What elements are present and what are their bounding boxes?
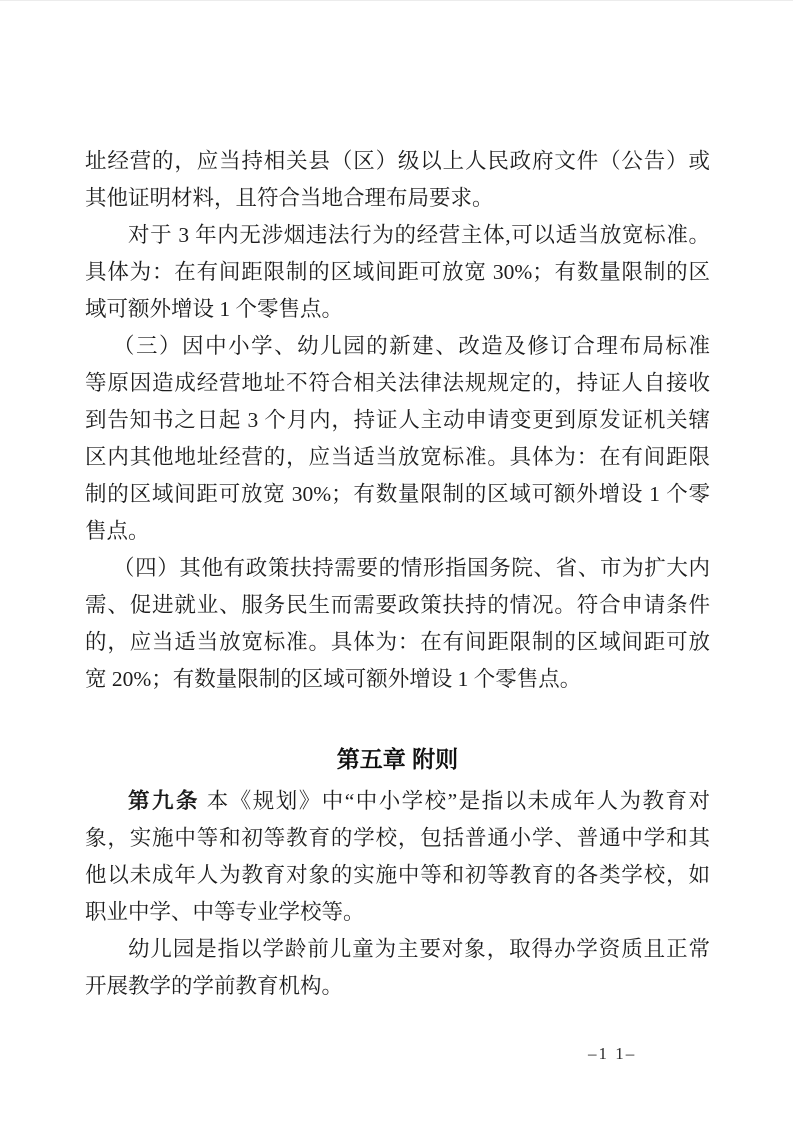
paragraph: 第九条 本《规划》中“中小学校”是指以未成年人为教育对象，实施中等和初等教育的学… bbox=[85, 783, 710, 931]
paragraph: （三）因中小学、幼儿园的新建、改造及修订合理布局标准等原因造成经营地址不符合相关… bbox=[85, 328, 710, 550]
text-line: 制的区域间距可放宽 30%；有数量限制的区域可额外增设 1 个零 bbox=[85, 476, 710, 513]
text-line: 的，应当适当放宽标准。具体为：在有间距限制的区域间距可放 bbox=[85, 624, 710, 661]
text-line: 开展教学的学前教育机构。 bbox=[85, 968, 710, 1005]
text-line: 象，实施中等和初等教育的学校，包括普通小学、普通中学和其 bbox=[85, 820, 710, 857]
chapter-heading: 第五章 附则 bbox=[85, 741, 710, 778]
text-line: 域可额外增设 1 个零售点。 bbox=[85, 291, 710, 328]
paragraph: 对于 3 年内无涉烟违法行为的经营主体,可以适当放宽标准。具体为：在有间距限制的… bbox=[85, 217, 710, 328]
text-line: 他以未成年人为教育对象的实施中等和初等教育的各类学校，如 bbox=[85, 857, 710, 894]
page-number: –1 1– bbox=[588, 1044, 636, 1064]
text-line: 其他证明材料，且符合当地合理布局要求。 bbox=[85, 180, 710, 217]
text-line: （四）其他有政策扶持需要的情形指国务院、省、市为扩大内 bbox=[85, 550, 710, 587]
text-line: 区内其他地址经营的，应当适当放宽标准。具体为：在有间距限 bbox=[85, 439, 710, 476]
paragraph: （四）其他有政策扶持需要的情形指国务院、省、市为扩大内需、促进就业、服务民生而需… bbox=[85, 550, 710, 698]
text-line: 第九条 本《规划》中“中小学校”是指以未成年人为教育对 bbox=[85, 783, 710, 820]
document-page: 址经营的，应当持相关县（区）级以上人民政府文件（公告）或其他证明材料，且符合当地… bbox=[0, 0, 793, 1123]
text-line: 到告知书之日起 3 个月内，持证人主动申请变更到原发证机关辖 bbox=[85, 402, 710, 439]
paragraph: 幼儿园是指以学龄前儿童为主要对象，取得办学资质且正常开展教学的学前教育机构。 bbox=[85, 931, 710, 1005]
document-body: 址经营的，应当持相关县（区）级以上人民政府文件（公告）或其他证明材料，且符合当地… bbox=[85, 143, 710, 1005]
text-line: 宽 20%；有数量限制的区域可额外增设 1 个零售点。 bbox=[85, 661, 710, 698]
paragraph: 址经营的，应当持相关县（区）级以上人民政府文件（公告）或其他证明材料，且符合当地… bbox=[85, 143, 710, 217]
text-line: （三）因中小学、幼儿园的新建、改造及修订合理布局标准 bbox=[85, 328, 710, 365]
text-line: 址经营的，应当持相关县（区）级以上人民政府文件（公告）或 bbox=[85, 143, 710, 180]
text-line: 需、促进就业、服务民生而需要政策扶持的情况。符合申请条件 bbox=[85, 587, 710, 624]
text-line: 等原因造成经营地址不符合相关法律法规规定的，持证人自接收 bbox=[85, 365, 710, 402]
text-line: 具体为：在有间距限制的区域间距可放宽 30%；有数量限制的区 bbox=[85, 254, 710, 291]
text-line: 职业中学、中等专业学校等。 bbox=[85, 894, 710, 931]
article-number: 第九条 bbox=[128, 789, 200, 813]
text-line: 幼儿园是指以学龄前儿童为主要对象，取得办学资质且正常 bbox=[85, 931, 710, 968]
text-line: 售点。 bbox=[85, 513, 710, 550]
text-line: 对于 3 年内无涉烟违法行为的经营主体,可以适当放宽标准。 bbox=[85, 217, 710, 254]
